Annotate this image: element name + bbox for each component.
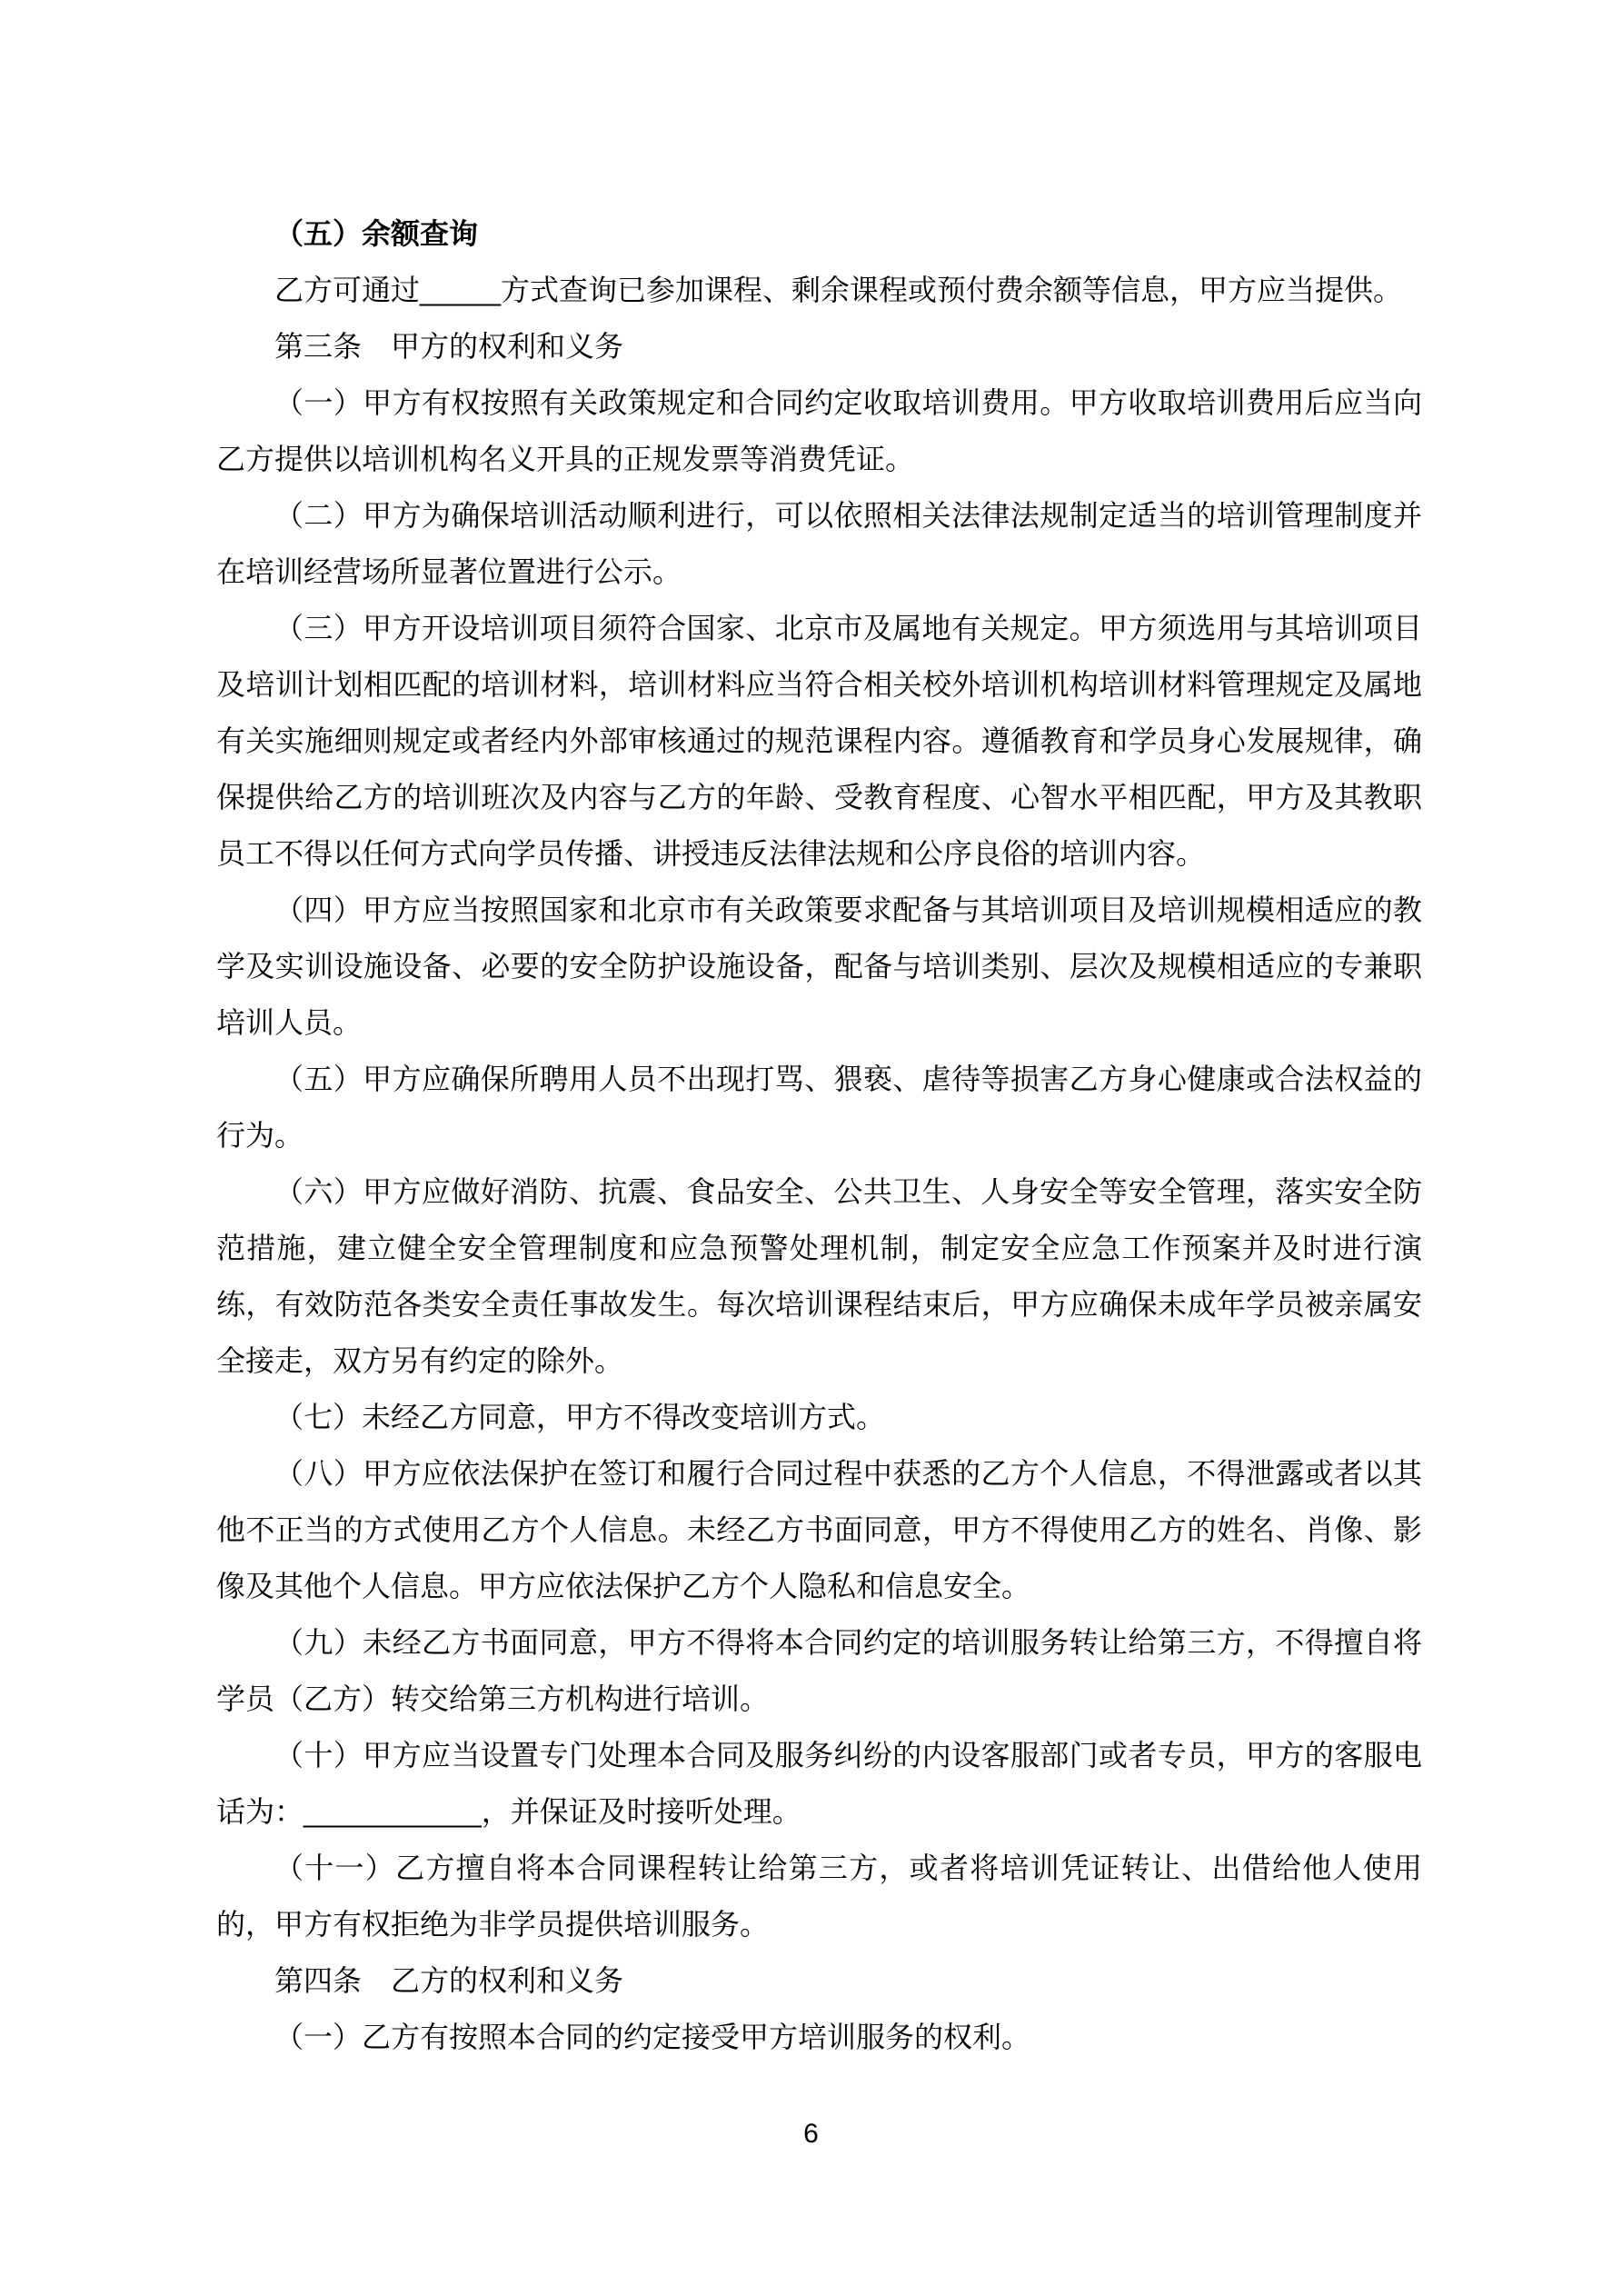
paragraph: 第三条 甲方的权利和义务 [216, 318, 1422, 374]
paragraph: （五）甲方应确保所聘用人员不出现打骂、猥亵、虐待等损害乙方身心健康或合法权益的行… [216, 1051, 1422, 1163]
paragraph: （三）甲方开设培训项目须符合国家、北京市及属地有关规定。甲方须选用与其培训项目及… [216, 600, 1422, 882]
section-heading: （五）余额查询 [216, 205, 1422, 262]
paragraph: （六）甲方应做好消防、抗震、食品安全、公共卫生、人身安全等安全管理，落实安全防范… [216, 1163, 1422, 1389]
paragraph: （十）甲方应当设置专门处理本合同及服务纠纷的内设客服部门或者专员，甲方的客服电话… [216, 1727, 1422, 1840]
paragraph: （一）乙方有按照本合同的约定接受甲方培训服务的权利。 [216, 2009, 1422, 2065]
paragraph: （二）甲方为确保培训活动顺利进行，可以依照相关法律法规制定适当的培训管理制度并在… [216, 487, 1422, 600]
paragraph: （四）甲方应当按照国家和北京市有关政策要求配备与其培训项目及培训规模相适应的教学… [216, 882, 1422, 1051]
paragraph: （八）甲方应依法保护在签订和履行合同过程中获悉的乙方个人信息，不得泄露或者以其他… [216, 1445, 1422, 1614]
paragraph: 乙方可通过_____方式查询已参加课程、剩余课程或预付费余额等信息，甲方应当提供… [216, 262, 1422, 318]
contract-text: （五）余额查询乙方可通过_____方式查询已参加课程、剩余课程或预付费余额等信息… [216, 205, 1422, 2065]
page-number: 6 [0, 2116, 1622, 2152]
paragraph: （一）甲方有权按照有关政策规定和合同约定收取培训费用。甲方收取培训费用后应当向乙… [216, 374, 1422, 487]
paragraph: （九）未经乙方书面同意，甲方不得将本合同约定的培训服务转让给第三方，不得擅自将学… [216, 1614, 1422, 1727]
paragraph: （七）未经乙方同意，甲方不得改变培训方式。 [216, 1389, 1422, 1445]
document-page: （五）余额查询乙方可通过_____方式查询已参加课程、剩余课程或预付费余额等信息… [0, 0, 1622, 2296]
paragraph: 第四条 乙方的权利和义务 [216, 1952, 1422, 2009]
paragraph: （十一）乙方擅自将本合同课程转让给第三方，或者将培训凭证转让、出借给他人使用的，… [216, 1840, 1422, 1952]
